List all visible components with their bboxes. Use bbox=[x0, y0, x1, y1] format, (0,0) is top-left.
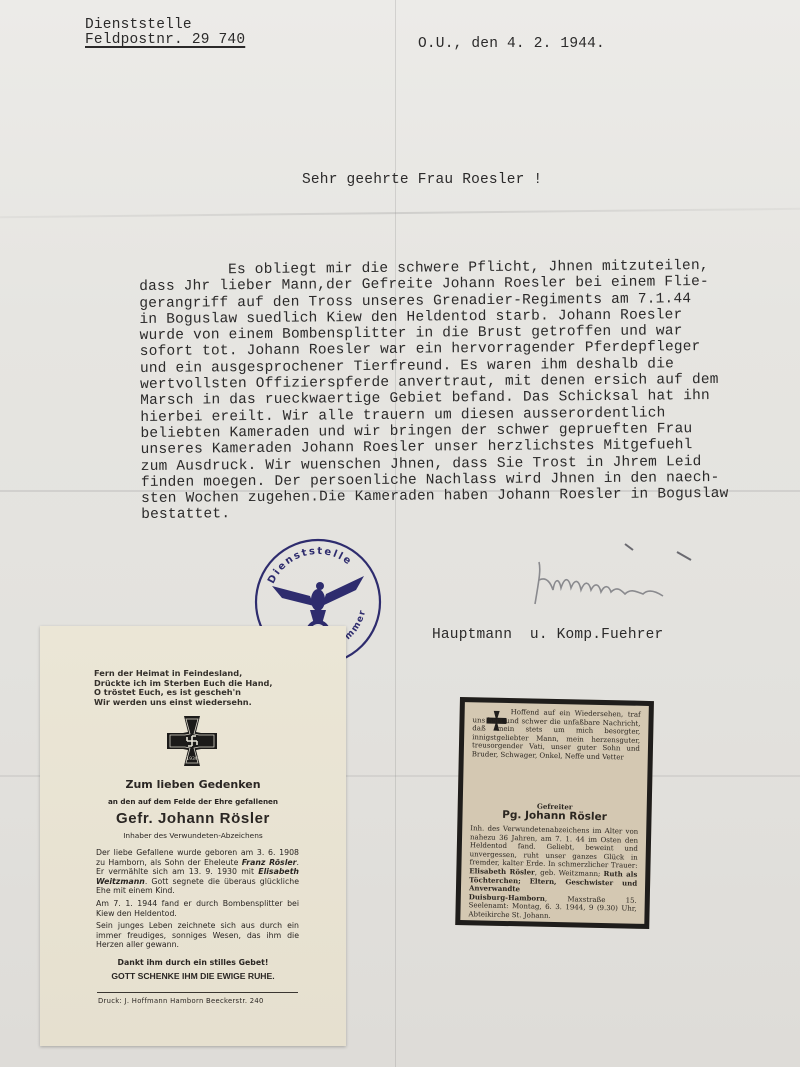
newspaper-death-notice: Hoffend auf ein Wiedersehen, traf uns ha… bbox=[455, 697, 654, 929]
memorial-poem: Fern der Heimat in Feindesland,Drückte i… bbox=[94, 669, 273, 707]
prayer-line: Dankt ihm durch ein stilles Gebet! bbox=[40, 958, 346, 967]
svg-text:Dienststelle: Dienststelle bbox=[266, 546, 354, 586]
letter-body: Es obliegt mir die schwere Pflicht, Jhne… bbox=[139, 258, 729, 524]
notice-details: Inh. des Verwundetenabzeichens im Alter … bbox=[468, 824, 638, 922]
memorial-title: Zum lieben Gedenken bbox=[40, 778, 346, 791]
signatory-title: Hauptmann u. Komp.Fuehrer bbox=[432, 628, 663, 643]
notice-lead-text: Hoffend auf ein Wiedersehen, traf uns ha… bbox=[472, 707, 641, 762]
letterhead-office: DienststelleFeldpostnr. 29 740 bbox=[85, 18, 245, 48]
biography: Der liebe Gefallene wurde geboren am 3. … bbox=[96, 848, 299, 953]
salutation: Sehr geehrte Frau Roesler ! bbox=[302, 173, 542, 188]
blessing-line: GOTT SCHENKE IHM DIE EWIGE RUHE. bbox=[40, 971, 346, 981]
award-line: Inhaber des Verwundeten-Abzeichens bbox=[40, 831, 346, 840]
notice-service: Seelenamt: Montag, 6. 3. 1944, 9 (9.30) … bbox=[468, 902, 636, 920]
paper-fold-vertical bbox=[395, 0, 396, 1067]
handwritten-signature bbox=[527, 540, 707, 610]
memorial-subtitle: an den auf dem Felde der Ehre gefallenen bbox=[40, 797, 346, 806]
bio-paragraph-character: Sein junges Leben zeichnete sich aus dur… bbox=[96, 921, 299, 950]
paper-fold-horizontal bbox=[0, 208, 800, 218]
field-post-number: Feldpostnr. 29 740 bbox=[85, 33, 245, 48]
letter-date: O.U., den 4. 2. 1944. bbox=[418, 37, 605, 52]
poem-line: Wir werden uns einst wiedersehn. bbox=[94, 698, 273, 708]
fallen-soldier-name: Gefr. Johann Rösler bbox=[40, 810, 346, 827]
iron-cross-icon: 1939 bbox=[165, 714, 219, 768]
memorial-card: Fern der Heimat in Feindesland,Drückte i… bbox=[40, 626, 346, 1046]
printer-credit: Druck: J. Hoffmann Hamborn Beeckerstr. 2… bbox=[98, 997, 264, 1005]
office-label: Dienststelle bbox=[85, 18, 245, 33]
bio-paragraph-death: Am 7. 1. 1944 fand er durch Bombensplitt… bbox=[96, 899, 299, 918]
divider bbox=[97, 992, 298, 993]
cross-year: 1939 bbox=[186, 756, 198, 762]
stamp-text-top: Dienststelle bbox=[266, 546, 354, 586]
father-name: Franz Rösler bbox=[242, 858, 297, 867]
bio-paragraph-birth: Der liebe Gefallene wurde geboren am 3. … bbox=[96, 848, 299, 896]
